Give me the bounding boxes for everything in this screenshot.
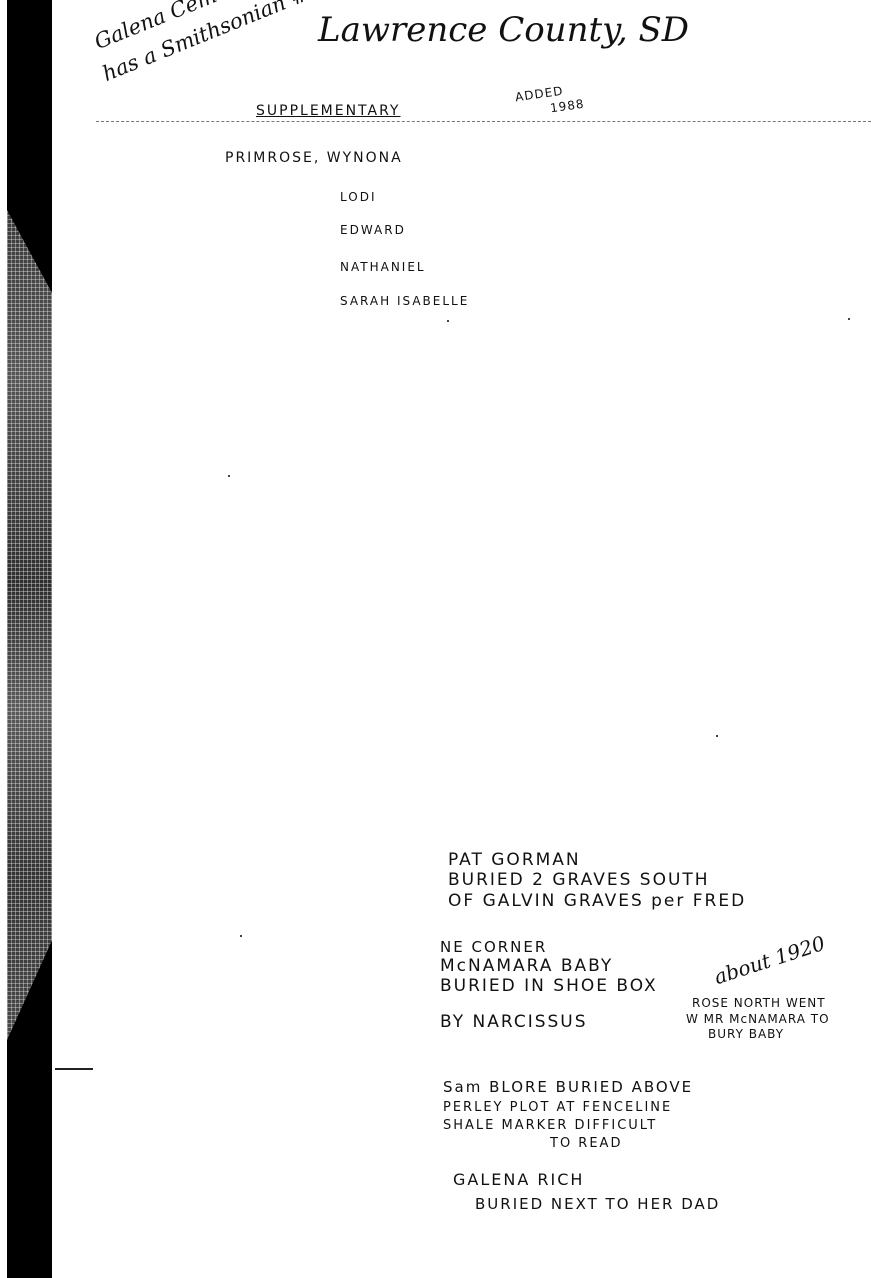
section-label: SUPPLEMENTARY xyxy=(256,103,401,119)
scan-speck xyxy=(848,318,850,320)
book-binding xyxy=(0,0,52,1278)
note-line: SHALE MARKER DIFFICULT xyxy=(443,1118,657,1133)
note-line: PERLEY PLOT AT FENCELINE xyxy=(443,1100,672,1115)
note-line: PAT GORMAN xyxy=(448,850,581,870)
margin-mark xyxy=(55,1068,93,1070)
scan-speck xyxy=(228,475,230,477)
family-member: SARAH ISABELLE xyxy=(340,294,469,308)
note-line: TO READ xyxy=(550,1136,622,1151)
scan-speck xyxy=(447,320,449,322)
scan-speck xyxy=(240,935,242,937)
note-line: NE CORNER xyxy=(440,938,547,956)
scan-speck xyxy=(716,735,718,737)
note-line: BY NARCISSUS xyxy=(440,1012,588,1032)
note-line: McNAMARA BABY xyxy=(440,956,613,976)
binding-cloth-texture xyxy=(7,210,52,1040)
family-member: EDWARD xyxy=(340,223,406,237)
note-side-line: ROSE NORTH WENT xyxy=(692,996,826,1010)
note-side-line: BURY BABY xyxy=(708,1027,784,1041)
county-title: Lawrence County, SD xyxy=(318,10,689,50)
side-note-line2: has a Smithsonian # xyxy=(99,0,312,86)
note-annotation-date: about 1920 xyxy=(711,931,828,989)
note-line: BURIED NEXT TO HER DAD xyxy=(475,1195,720,1213)
added-year: 1988 xyxy=(549,97,585,116)
family-member: LODI xyxy=(340,190,376,204)
family-member: NATHANIEL xyxy=(340,260,426,274)
note-line: OF GALVIN GRAVES per FRED xyxy=(448,891,746,911)
note-line: BURIED 2 GRAVES SOUTH xyxy=(448,870,710,890)
note-line: GALENA RICH xyxy=(453,1170,584,1189)
note-line: Sam BLORE BURIED ABOVE xyxy=(443,1078,693,1096)
note-line: BURIED IN SHOE BOX xyxy=(440,976,658,996)
header-rule xyxy=(96,121,871,122)
family-surname: PRIMROSE, WYNONA xyxy=(225,150,403,166)
binding-edge xyxy=(0,0,7,1278)
note-side-line: W MR McNAMARA TO xyxy=(686,1012,830,1026)
